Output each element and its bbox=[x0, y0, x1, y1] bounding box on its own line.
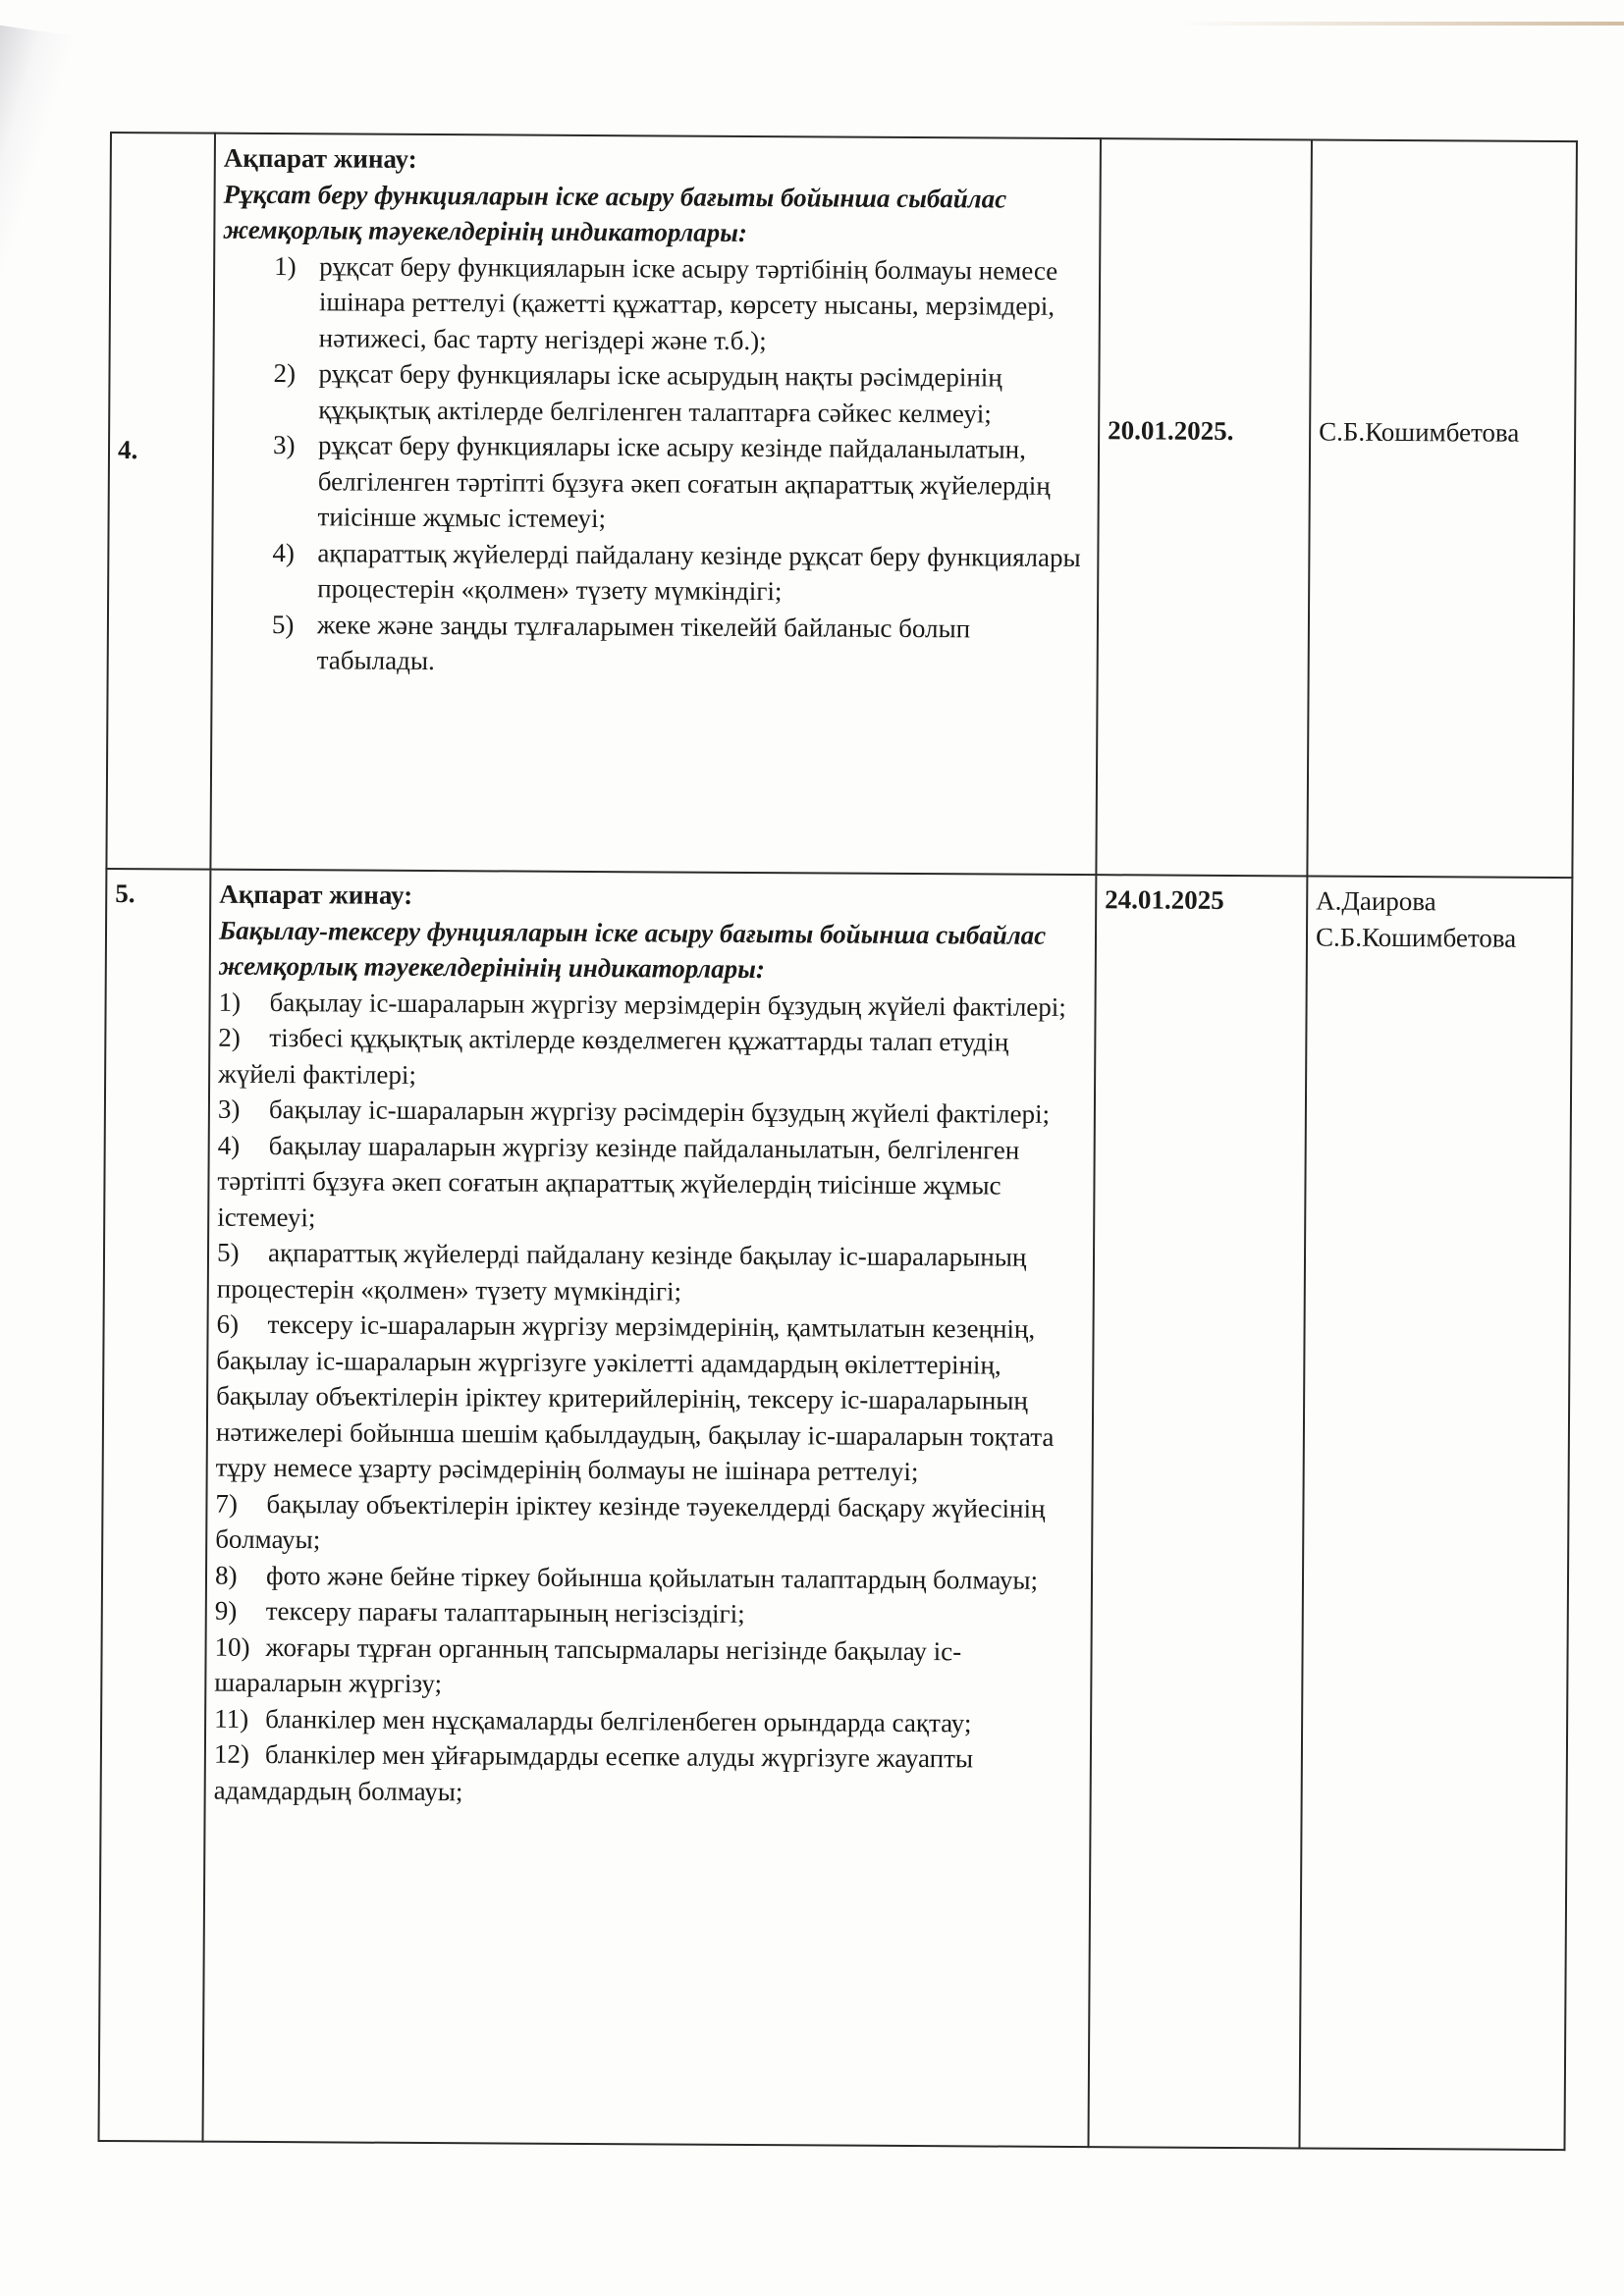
list-item: 1)бақылау іс-шараларын жүргізу мерзімдер… bbox=[218, 984, 1086, 1025]
risk-indicators-table: 4. Ақпарат жинау: Рұқсат беру функциялар… bbox=[97, 132, 1577, 2151]
section-heading: Ақпарат жинау: bbox=[219, 877, 1087, 918]
indicator-list: 1)рұқсат беру функцияларын іске асыру тә… bbox=[221, 247, 1092, 682]
deadline-cell: 24.01.2025 bbox=[1088, 875, 1307, 2148]
list-item-text: тексеру парағы талаптарының негізсіздігі… bbox=[266, 1596, 745, 1629]
list-item: 3)бақылау іс-шараларын жүргізу рәсімдері… bbox=[218, 1092, 1086, 1133]
list-item-text: ақпараттық жүйелерді пайдалану кезінде р… bbox=[317, 538, 1081, 606]
list-item-text: бақылау іс-шараларын жүргізу рәсімдерін … bbox=[269, 1095, 1050, 1129]
list-item: 3) рұқсат беру функциялары іске асыру ке… bbox=[272, 427, 1090, 540]
list-item-text: фото және бейне тіркеу бойынша қойылатын… bbox=[266, 1560, 1038, 1594]
list-marker: 5) bbox=[272, 607, 295, 643]
list-item-text: жеке және заңды тұлғаларымен тікелейй ба… bbox=[317, 610, 971, 675]
deadline-date: 20.01.2025. bbox=[1108, 412, 1301, 450]
list-marker: 3) bbox=[273, 427, 296, 463]
list-item: 11)бланкілер мен нұсқамаларды белгіленбе… bbox=[214, 1700, 1082, 1741]
list-marker: 4) bbox=[218, 1127, 269, 1163]
list-item-text: жоғары тұрған органның тапсырмалары негі… bbox=[214, 1631, 961, 1698]
list-item-text: тексеру іс-шараларын жүргізу мерзімдерін… bbox=[216, 1309, 1055, 1486]
responsible-cell: С.Б.Кошимбетова bbox=[1307, 139, 1577, 878]
indicator-list: 1)бақылау іс-шараларын жүргізу мерзімдер… bbox=[214, 984, 1087, 1813]
list-item-text: рұқсат беру функциялары іске асырудың на… bbox=[318, 358, 1002, 428]
list-marker: 7) bbox=[215, 1485, 266, 1522]
list-marker: 6) bbox=[216, 1307, 267, 1343]
list-item-text: бақылау объектілерін іріктеу кезінде тәу… bbox=[215, 1489, 1045, 1555]
list-item: 4)ақпараттық жүйелерді пайдалану кезінде… bbox=[272, 535, 1089, 612]
section-heading: Ақпарат жинау: bbox=[224, 140, 1092, 182]
list-item: 5)ақпараттық жүйелерді пайдалану кезінде… bbox=[217, 1235, 1085, 1311]
list-marker: 5) bbox=[217, 1235, 268, 1271]
list-item-text: рұқсат беру функцияларын іске асыру тәрт… bbox=[319, 251, 1058, 355]
list-item: 6)тексеру іс-шараларын жүргізу мерзімдер… bbox=[216, 1307, 1085, 1491]
responsible-person: С.Б.Кошимбетова bbox=[1319, 414, 1566, 452]
list-item: 10)жоғары тұрған органның тапсырмалары н… bbox=[214, 1629, 1082, 1705]
list-item: 5)жеке және заңды тұлғаларымен тікелейй … bbox=[272, 607, 1089, 683]
list-item-text: ақпараттық жүйелерді пайдалану кезінде б… bbox=[217, 1238, 1027, 1306]
row-number-cell: 4. bbox=[106, 133, 215, 870]
list-item-text: бланкілер мен нұсқамаларды белгіленбеген… bbox=[265, 1703, 971, 1736]
list-item-text: бақылау шараларын жүргізу кезінде пайдал… bbox=[217, 1131, 1019, 1232]
list-item-text: тізбесі құқықтық актілерде көзделмеген қ… bbox=[218, 1023, 1008, 1089]
list-item: 4)бақылау шараларын жүргізу кезінде пайд… bbox=[217, 1127, 1086, 1240]
scan-page-edge bbox=[1178, 22, 1624, 26]
table-row: 5. Ақпарат жинау: Бақылау-тексеру фунция… bbox=[98, 869, 1572, 2150]
list-marker: 3) bbox=[218, 1092, 269, 1128]
list-item: 12)бланкілер мен ұйғарымдарды есепке алу… bbox=[214, 1736, 1082, 1813]
list-item: 1)рұқсат беру функцияларын іске асыру тә… bbox=[274, 248, 1092, 361]
list-marker: 12) bbox=[214, 1736, 265, 1773]
row-number: 5. bbox=[115, 879, 135, 908]
document-table-wrapper: 4. Ақпарат жинау: Рұқсат беру функциялар… bbox=[97, 132, 1577, 2151]
responsible-person: С.Б.Кошимбетова bbox=[1316, 919, 1563, 956]
list-marker: 1) bbox=[218, 984, 269, 1020]
row-number-cell: 5. bbox=[98, 869, 210, 2142]
list-marker: 9) bbox=[215, 1593, 266, 1629]
section-subheading: Бақылау-тексеру фунцияларын іске асыру б… bbox=[219, 912, 1087, 988]
description-cell: Ақпарат жинау: Бақылау-тексеру фунциялар… bbox=[202, 870, 1096, 2147]
row-number: 4. bbox=[118, 432, 204, 468]
list-item: 2)рұқсат беру функциялары іске асырудың … bbox=[273, 355, 1090, 432]
list-marker: 11) bbox=[214, 1700, 265, 1736]
list-marker: 8) bbox=[215, 1557, 266, 1593]
description-cell: Ақпарат жинау: Рұқсат беру функцияларын … bbox=[210, 133, 1101, 875]
list-item: 7)бақылау объектілерін іріктеу кезінде т… bbox=[215, 1485, 1083, 1562]
list-marker: 2) bbox=[273, 355, 296, 392]
list-item: 2)тізбесі құқықтық актілерде көзделмеген… bbox=[218, 1020, 1086, 1096]
list-item-text: бақылау іс-шараларын жүргізу мерзімдерін… bbox=[269, 988, 1065, 1022]
responsible-person: А.Даирова bbox=[1316, 883, 1563, 921]
list-item: 9)тексеру парағы талаптарының негізсізді… bbox=[215, 1593, 1083, 1634]
section-subheading: Рұқсат беру функцияларын іске асыру бағы… bbox=[223, 176, 1091, 252]
list-item-text: бланкілер мен ұйғарымдарды есепке алуды … bbox=[214, 1739, 974, 1806]
list-item-text: рұқсат беру функциялары іске асыру кезін… bbox=[318, 430, 1051, 533]
table-row: 4. Ақпарат жинау: Рұқсат беру функциялар… bbox=[106, 133, 1577, 878]
responsible-cell: А.Даирова С.Б.Кошимбетова bbox=[1299, 876, 1572, 2150]
list-marker: 2) bbox=[218, 1020, 269, 1056]
list-marker: 10) bbox=[214, 1629, 265, 1665]
deadline-cell: 20.01.2025. bbox=[1096, 138, 1312, 876]
deadline-date: 24.01.2025 bbox=[1105, 884, 1224, 915]
list-marker: 1) bbox=[274, 248, 297, 285]
list-item: 8)фото және бейне тіркеу бойынша қойылат… bbox=[215, 1557, 1083, 1598]
list-marker: 4) bbox=[272, 535, 295, 571]
